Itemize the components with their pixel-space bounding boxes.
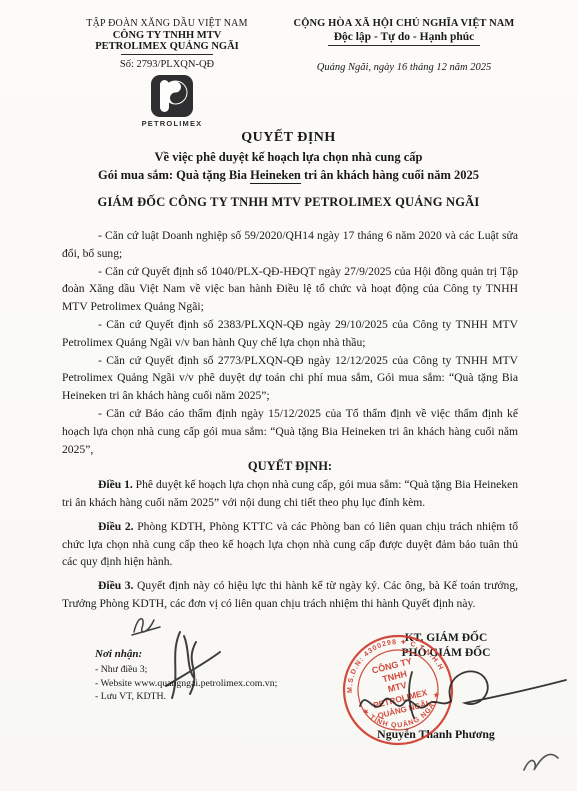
decision-heading: QUYẾT ĐỊNH: [62, 458, 518, 476]
overlapping-signature-scribble [150, 626, 224, 706]
subject-line-2: Gói mua sắm: Quà tặng Bia Heineken tri â… [0, 168, 577, 183]
article-2: Điều 2. Phòng KDTH, Phòng KTTC và các Ph… [62, 518, 518, 571]
petrolimex-logo-icon [150, 74, 194, 118]
parent-org-name: TẬP ĐOÀN XĂNG DẦU VIỆT NAM [56, 18, 278, 29]
company-name-line1: CÔNG TY TNHH MTV [56, 30, 278, 41]
document-body: - Căn cứ luật Doanh nghiệp số 59/2020/QH… [62, 227, 518, 619]
subject-underlined-word: Heineken [250, 168, 301, 184]
subject-line-1: Về việc phê duyệt kế hoạch lựa chọn nhà … [0, 150, 577, 165]
document-type-heading: QUYẾT ĐỊNH [0, 130, 577, 146]
petrolimex-logo-wordmark: PETROLIMEX [138, 119, 206, 128]
document-number: Số: 2793/PLXQN-QĐ [56, 59, 278, 70]
recital-paragraph: - Căn cứ luật Doanh nghiệp số 59/2020/QH… [62, 227, 518, 263]
corner-paraph-mark [520, 742, 564, 778]
header-divider-right [328, 45, 480, 46]
article-2-label: Điều 2. [98, 520, 134, 533]
place-date-line: Quảng Ngãi, ngày 16 tháng 12 năm 2025 [278, 62, 530, 73]
recital-paragraph: - Căn cứ Báo cáo thẩm định ngày 15/12/20… [62, 405, 518, 458]
recital-paragraph: - Căn cứ Quyết định số 2383/PLXQN-QĐ ngà… [62, 316, 518, 352]
issuer-heading: GIÁM ĐỐC CÔNG TY TNHH MTV PETROLIMEX QUẢ… [0, 195, 577, 210]
national-motto: Độc lập - Tự do - Hạnh phúc [278, 31, 530, 43]
article-1-label: Điều 1. [98, 478, 133, 491]
document-header: TẬP ĐOÀN XĂNG DẦU VIỆT NAM CÔNG TY TNHH … [56, 18, 530, 73]
recital-paragraph: - Căn cứ Quyết định số 2773/PLXQN-QĐ ngà… [62, 352, 518, 405]
issuing-org-block: TẬP ĐOÀN XĂNG DẦU VIỆT NAM CÔNG TY TNHH … [56, 18, 278, 73]
article-1: Điều 1. Phê duyệt kế hoạch lựa chọn nhà … [62, 476, 518, 512]
subject-suffix: tri ân khách hàng cuối năm 2025 [301, 168, 479, 182]
national-motto-block: CỘNG HÒA XÃ HỘI CHỦ NGHĨA VIỆT NAM Độc l… [278, 18, 530, 73]
petrolimex-logo: PETROLIMEX [138, 74, 206, 128]
company-name-line2: PETROLIMEX QUẢNG NGÃI [56, 41, 278, 52]
decision-document-page: TẬP ĐOÀN XĂNG DẦU VIỆT NAM CÔNG TY TNHH … [0, 0, 577, 791]
article-3-label: Điều 3. [98, 579, 133, 592]
title-block: QUYẾT ĐỊNH Về việc phê duyệt kế hoạch lự… [0, 130, 577, 210]
header-divider-left [121, 54, 213, 55]
director-signature [352, 648, 570, 732]
recital-paragraph: - Căn cứ Quyết định số 1040/PLX-QĐ-HĐQT … [62, 263, 518, 316]
national-title: CỘNG HÒA XÃ HỘI CHỦ NGHĨA VIỆT NAM [278, 18, 530, 29]
subject-prefix: Gói mua sắm: Quà tặng Bia [98, 168, 250, 182]
